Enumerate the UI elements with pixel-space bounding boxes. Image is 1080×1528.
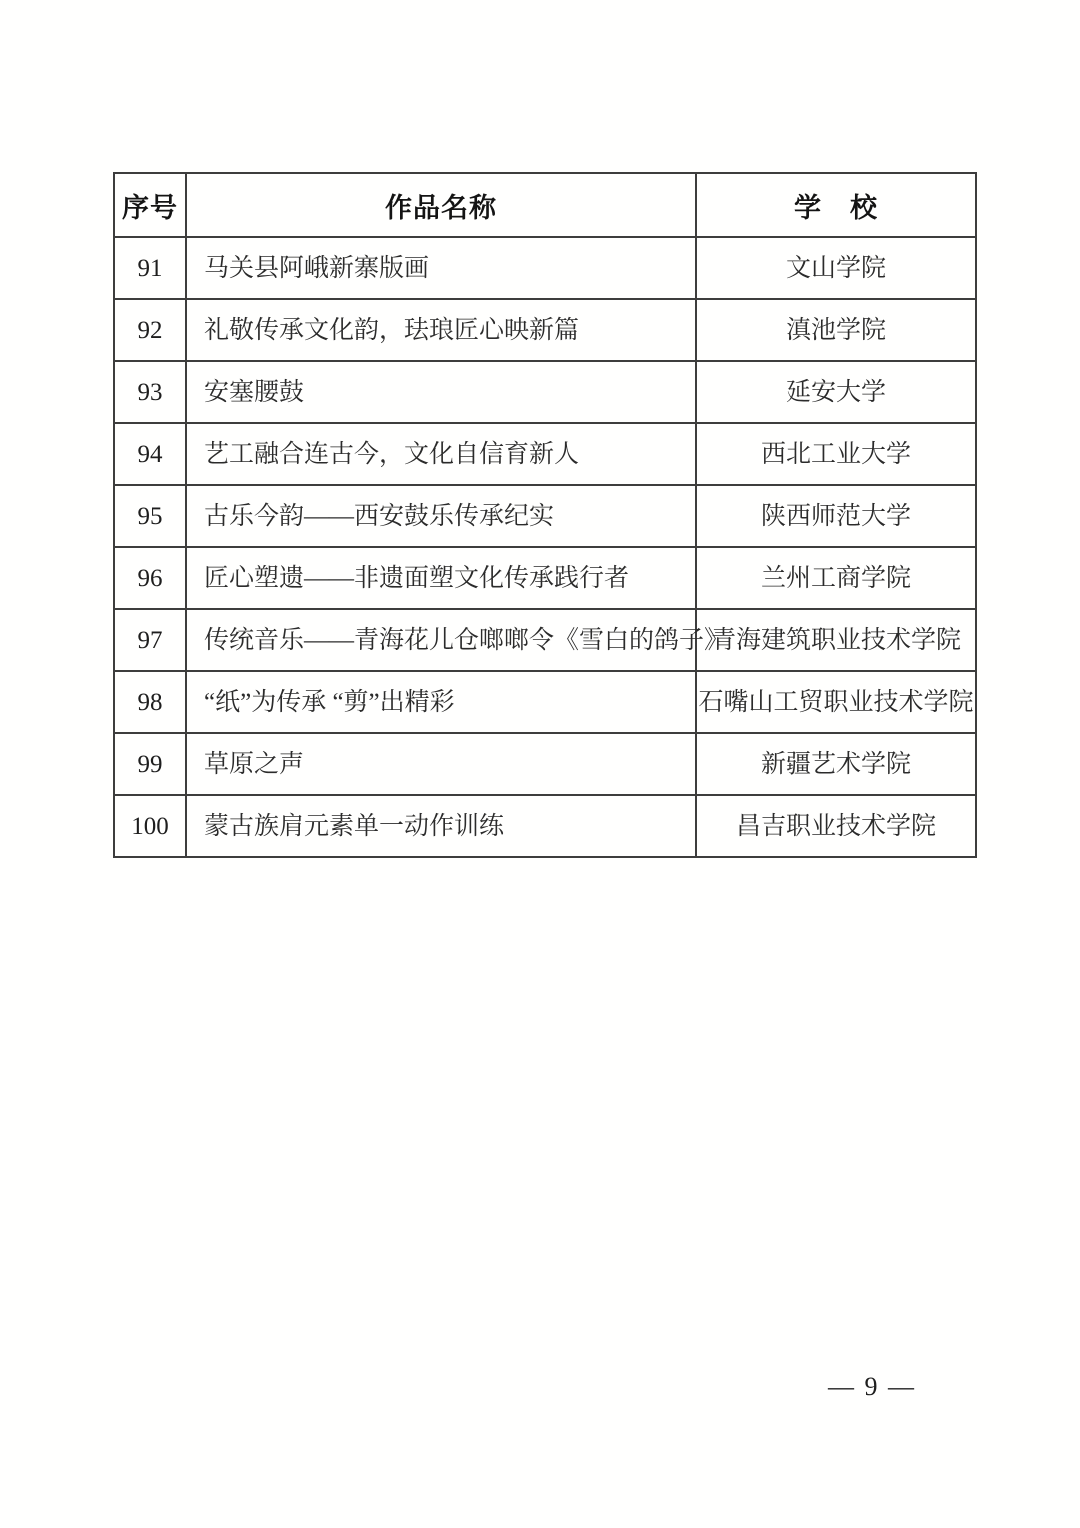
header-serial-number: 序号 <box>114 173 186 237</box>
work-title-cell: 蒙古族肩元素单一动作训练 <box>186 795 696 857</box>
school-cell: 陕西师范大学 <box>696 485 976 547</box>
table-row: 92 礼敬传承文化韵，珐琅匠心映新篇 滇池学院 <box>114 299 976 361</box>
row-number-cell: 91 <box>114 237 186 299</box>
page-number: — 9 — <box>812 1372 932 1402</box>
work-title-cell: 传统音乐——青海花儿仓啷啷令《雪白的鸽子》 <box>186 609 696 671</box>
row-number-cell: 94 <box>114 423 186 485</box>
row-number-cell: 100 <box>114 795 186 857</box>
row-number-cell: 92 <box>114 299 186 361</box>
work-title-cell: 艺工融合连古今，文化自信育新人 <box>186 423 696 485</box>
table-row: 95 古乐今韵——西安鼓乐传承纪实 陕西师范大学 <box>114 485 976 547</box>
row-number-cell: 95 <box>114 485 186 547</box>
work-title-cell: 礼敬传承文化韵，珐琅匠心映新篇 <box>186 299 696 361</box>
table-row: 99 草原之声 新疆艺术学院 <box>114 733 976 795</box>
row-number-cell: 99 <box>114 733 186 795</box>
work-title-cell: 古乐今韵——西安鼓乐传承纪实 <box>186 485 696 547</box>
header-work-title: 作品名称 <box>186 173 696 237</box>
work-title-cell: “纸”为传承 “剪”出精彩 <box>186 671 696 733</box>
school-cell: 滇池学院 <box>696 299 976 361</box>
table-row: 91 马关县阿峨新寨版画 文山学院 <box>114 237 976 299</box>
table-row: 97 传统音乐——青海花儿仓啷啷令《雪白的鸽子》 青海建筑职业技术学院 <box>114 609 976 671</box>
table-row: 96 匠心塑遗——非遗面塑文化传承践行者 兰州工商学院 <box>114 547 976 609</box>
table-header: 序号 作品名称 学 校 <box>114 173 976 237</box>
work-title-cell: 草原之声 <box>186 733 696 795</box>
school-cell: 文山学院 <box>696 237 976 299</box>
row-number-cell: 96 <box>114 547 186 609</box>
row-number-cell: 97 <box>114 609 186 671</box>
document-page: 序号 作品名称 学 校 91 马关县阿峨新寨版画 文山学院 92 礼敬传承文化韵… <box>0 0 1080 1528</box>
school-cell: 青海建筑职业技术学院 <box>696 609 976 671</box>
table-row: 98 “纸”为传承 “剪”出精彩 石嘴山工贸职业技术学院 <box>114 671 976 733</box>
school-cell: 石嘴山工贸职业技术学院 <box>696 671 976 733</box>
school-cell: 延安大学 <box>696 361 976 423</box>
work-title-cell: 安塞腰鼓 <box>186 361 696 423</box>
header-school: 学 校 <box>696 173 976 237</box>
school-cell: 西北工业大学 <box>696 423 976 485</box>
school-cell: 昌吉职业技术学院 <box>696 795 976 857</box>
row-number-cell: 93 <box>114 361 186 423</box>
work-title-cell: 马关县阿峨新寨版画 <box>186 237 696 299</box>
table-body: 91 马关县阿峨新寨版画 文山学院 92 礼敬传承文化韵，珐琅匠心映新篇 滇池学… <box>114 237 976 857</box>
school-cell: 新疆艺术学院 <box>696 733 976 795</box>
table-header-row: 序号 作品名称 学 校 <box>114 173 976 237</box>
table-row: 93 安塞腰鼓 延安大学 <box>114 361 976 423</box>
work-title-cell: 匠心塑遗——非遗面塑文化传承践行者 <box>186 547 696 609</box>
works-table: 序号 作品名称 学 校 91 马关县阿峨新寨版画 文山学院 92 礼敬传承文化韵… <box>113 172 977 858</box>
school-cell: 兰州工商学院 <box>696 547 976 609</box>
table-row: 100 蒙古族肩元素单一动作训练 昌吉职业技术学院 <box>114 795 976 857</box>
table-row: 94 艺工融合连古今，文化自信育新人 西北工业大学 <box>114 423 976 485</box>
row-number-cell: 98 <box>114 671 186 733</box>
